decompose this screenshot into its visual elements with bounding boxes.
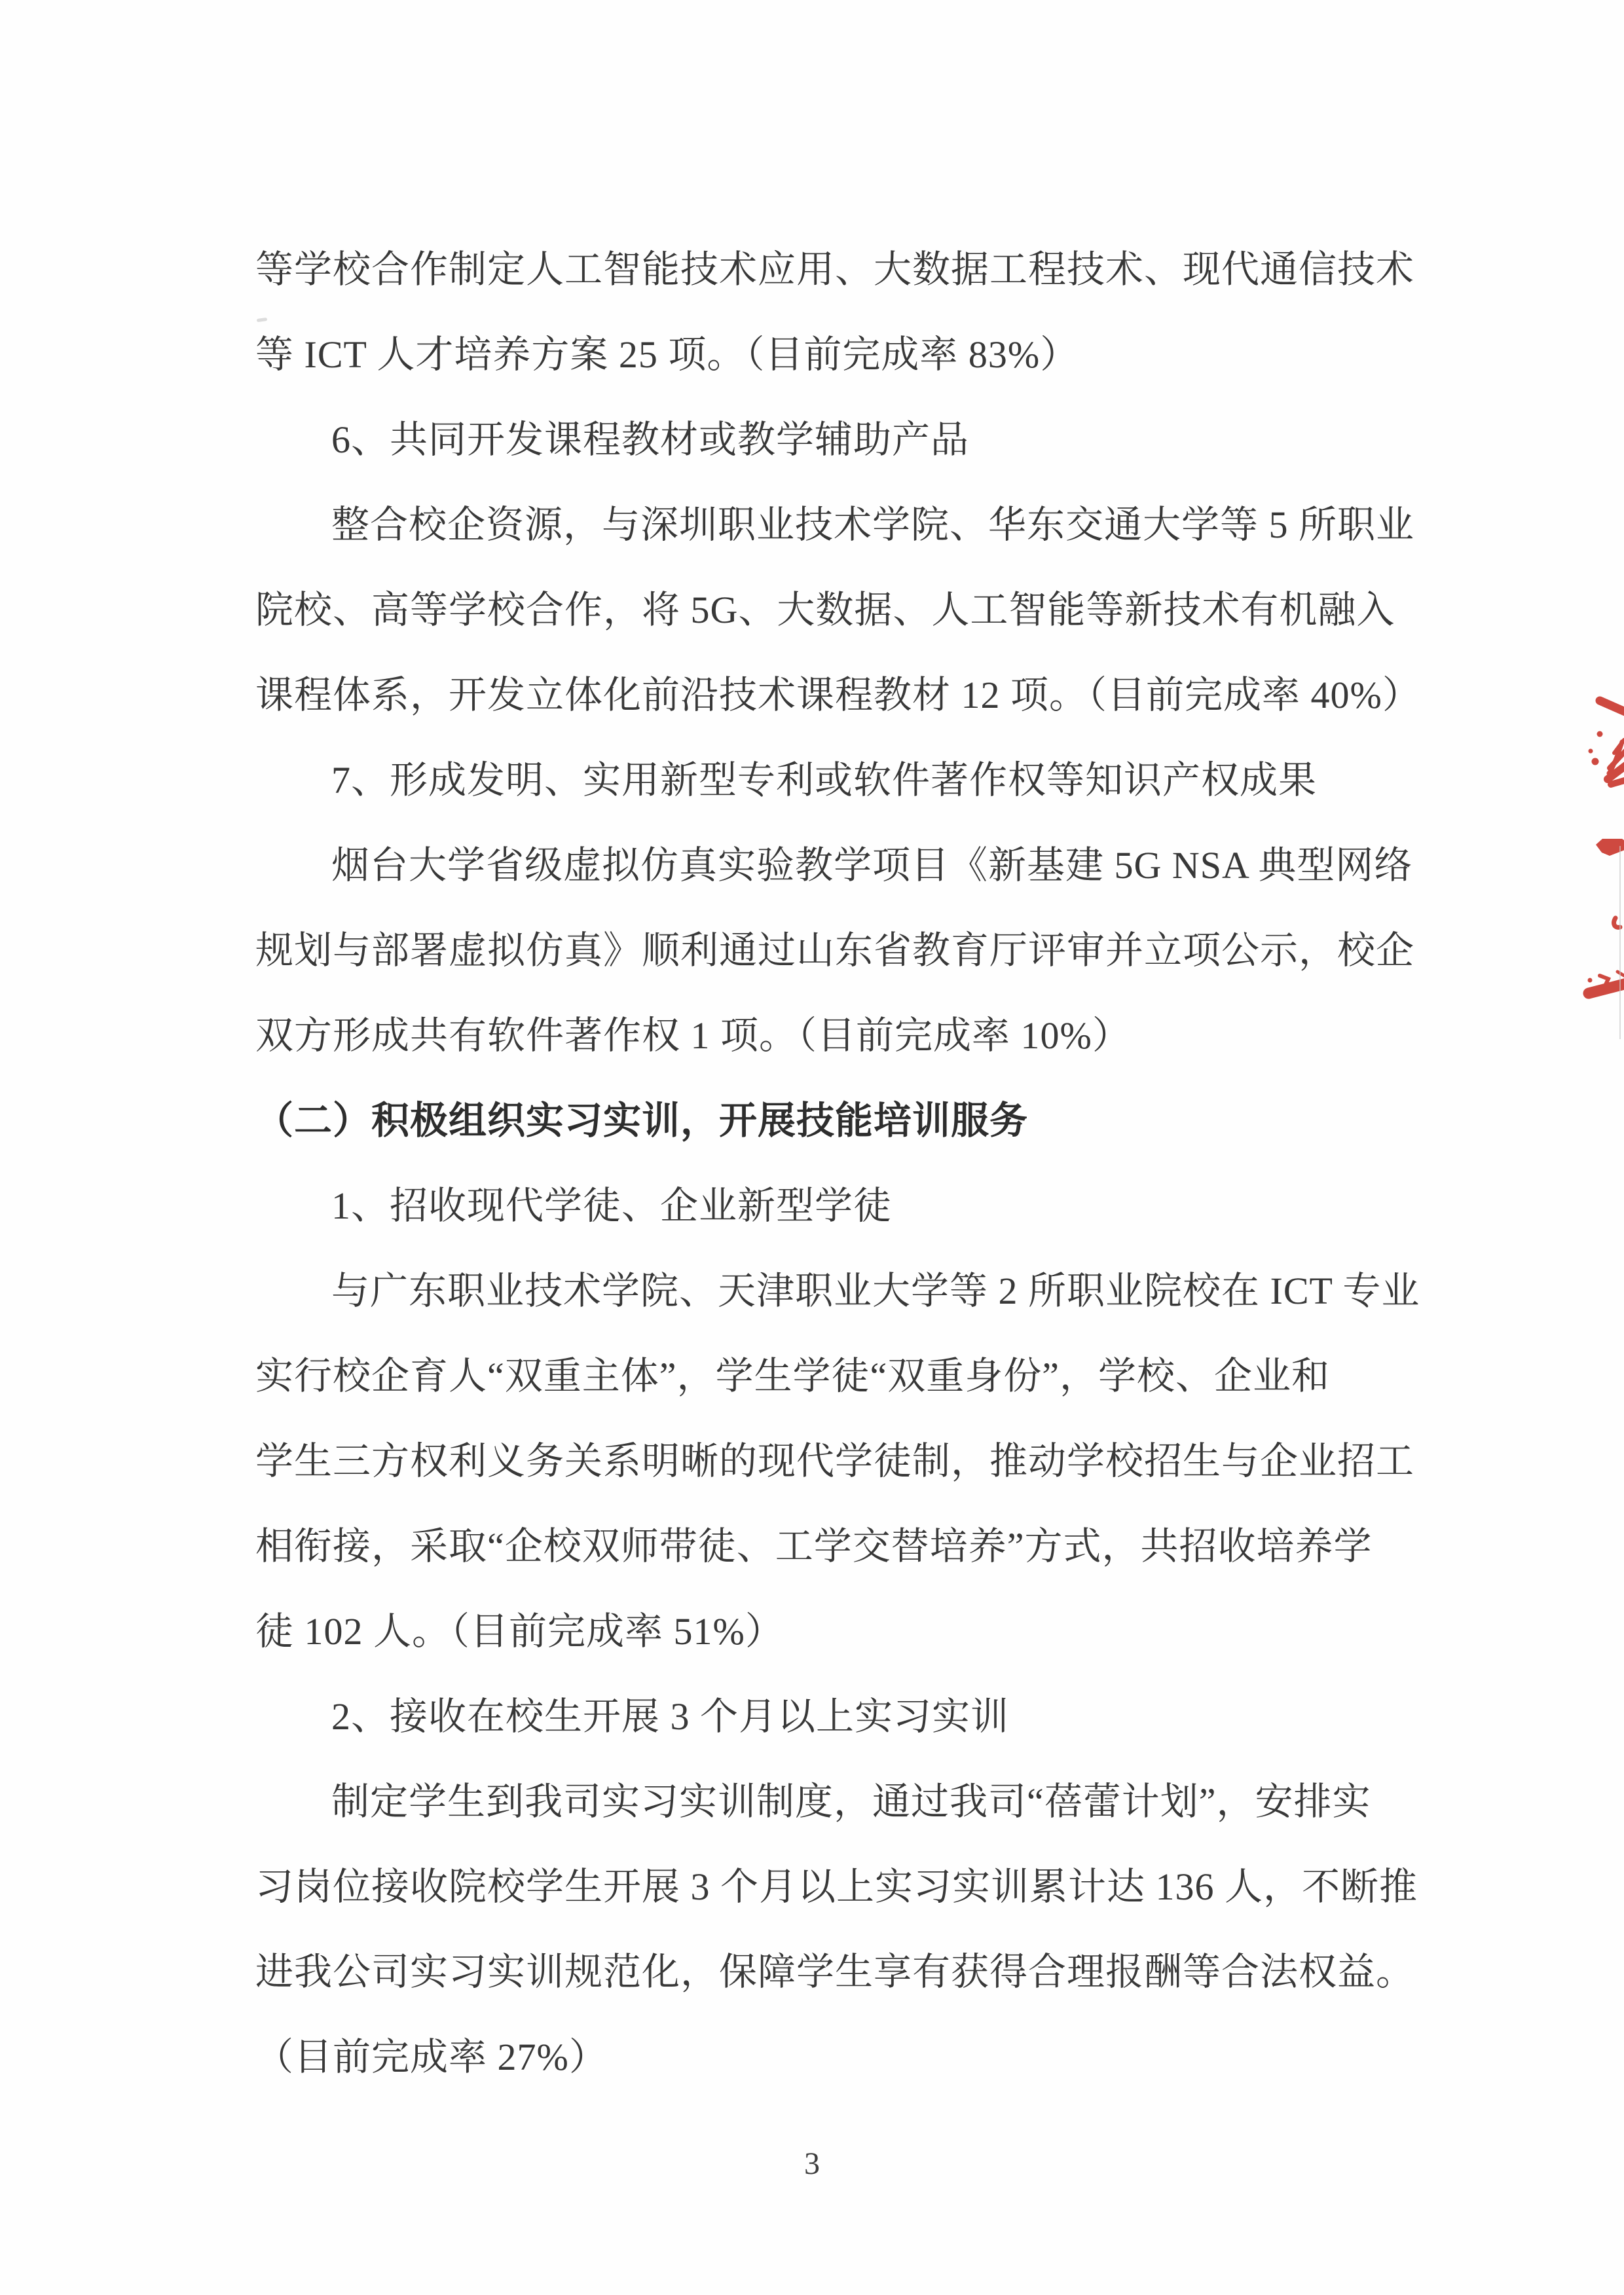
text-line: 学生三方权利义务关系明晰的现代学徒制，推动学校招生与企业招工 bbox=[255, 1419, 1408, 1504]
document-body: 等学校合作制定人工智能技术应用、大数据工程技术、现代通信技术 等 ICT 人才培… bbox=[255, 227, 1408, 2100]
text-line: 实行校企育人“双重主体”，学生学徒“双重身份”，学校、企业和 bbox=[255, 1334, 1408, 1419]
text-line: 进我公司实习实训规范化，保障学生享有获得合理报酬等合法权益。 bbox=[255, 1930, 1408, 2015]
text-line: （目前完成率 27%） bbox=[255, 2015, 1408, 2100]
text-line: 与广东职业技术学院、天津职业大学等 2 所职业院校在 ICT 专业 bbox=[255, 1249, 1408, 1334]
list-item-1: 1、招收现代学徒、企业新型学徒 bbox=[255, 1164, 1408, 1249]
list-item-2: 2、接收在校生开展 3 个月以上实习实训 bbox=[255, 1674, 1408, 1759]
text-line: 等学校合作制定人工智能技术应用、大数据工程技术、现代通信技术 bbox=[255, 227, 1408, 312]
text-line: 课程体系，开发立体化前沿技术课程教材 12 项。（目前完成率 40%） bbox=[255, 653, 1408, 738]
list-item-7: 7、形成发明、实用新型专利或软件著作权等知识产权成果 bbox=[255, 738, 1408, 823]
text-line: 规划与部署虚拟仿真》顺利通过山东省教育厅评审并立项公示，校企 bbox=[255, 908, 1408, 993]
scan-edge-artifact bbox=[1619, 846, 1621, 1039]
text-line: 院校、高等学校合作，将 5G、大数据、人工智能等新技术有机融入 bbox=[255, 568, 1408, 653]
text-line: 双方形成共有软件著作权 1 项。（目前完成率 10%） bbox=[255, 993, 1408, 1078]
text-line: 习岗位接收院校学生开展 3 个月以上实习实训累计达 136 人，不断推 bbox=[255, 1845, 1408, 1930]
text-line: 烟台大学省级虚拟仿真实验教学项目《新基建 5G NSA 典型网络 bbox=[255, 823, 1408, 908]
document-page: 等学校合作制定人工智能技术应用、大数据工程技术、现代通信技术 等 ICT 人才培… bbox=[0, 0, 1624, 2295]
text-line: 整合校企资源，与深圳职业技术学院、华东交通大学等 5 所职业 bbox=[255, 483, 1408, 568]
page-number: 3 bbox=[0, 2144, 1624, 2184]
text-line: 徒 102 人。（目前完成率 51%） bbox=[255, 1589, 1408, 1674]
text-line: 相衔接，采取“企校双师带徒、工学交替培养”方式，共招收培养学 bbox=[255, 1504, 1408, 1589]
red-ink-stamp-fragment bbox=[1578, 688, 1624, 1002]
text-line: 等 ICT 人才培养方案 25 项。（目前完成率 83%） bbox=[255, 312, 1408, 397]
list-item-6: 6、共同开发课程教材或教学辅助产品 bbox=[255, 397, 1408, 483]
section-heading: （二）积极组织实习实训，开展技能培训服务 bbox=[255, 1078, 1408, 1164]
text-line: 制定学生到我司实习实训制度，通过我司“蓓蕾计划”，安排实 bbox=[255, 1759, 1408, 1845]
